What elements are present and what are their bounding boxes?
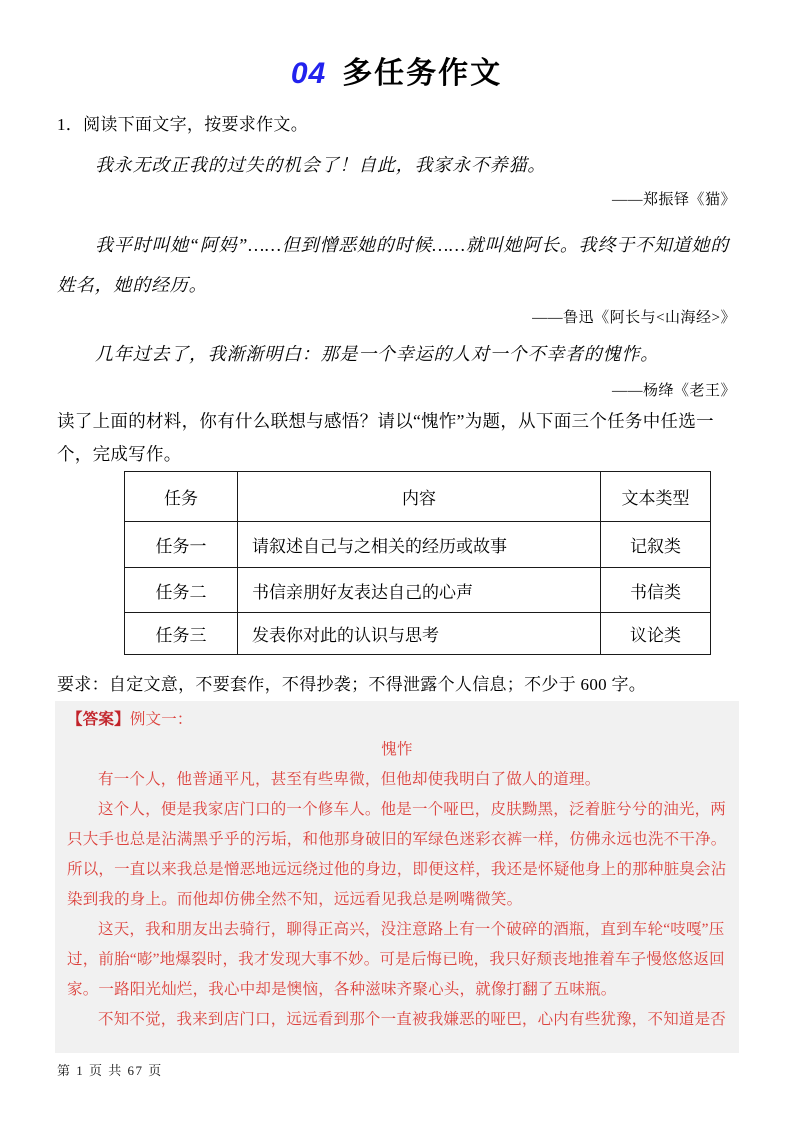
material-quote-3: 几年过去了，我渐渐明白：那是一个幸运的人对一个不幸者的愧怍。: [57, 341, 736, 367]
table-cell-content: 发表你对此的认识与思考: [238, 613, 601, 655]
essay-paragraph: 这天，我和朋友出去骑行，聊得正高兴，没注意路上有一个破碎的酒瓶，直到车轮“吱嘎”…: [67, 915, 727, 1005]
table-cell-type: 书信类: [601, 568, 711, 613]
essay-title: 愧怍: [67, 735, 727, 765]
table-cell-task: 任务二: [125, 568, 238, 613]
document-page: 04多任务作文 1．阅读下面文字，按要求作文。 我永无改正我的过失的机会了！自此…: [0, 0, 793, 1122]
material-quote-2: 我平时叫她“阿妈”……但到憎恶她的时候……就叫她阿长。我终于不知道她的姓名，她的…: [57, 225, 736, 305]
table-cell-content: 书信亲朋好友表达自己的心声: [238, 568, 601, 613]
table-row: 任务一 请叙述自己与之相关的经历或故事 记叙类: [125, 522, 711, 568]
title-text: 多任务作文: [342, 57, 502, 90]
task-table: 任务 内容 文本类型 任务一 请叙述自己与之相关的经历或故事 记叙类 任务二 书…: [124, 471, 711, 655]
table-cell-task: 任务一: [125, 522, 238, 568]
table-header-row: 任务 内容 文本类型: [125, 472, 711, 522]
answer-section: 【答案】例文一： 愧怍 有一个人，他普通平凡，甚至有些卑微，但他却使我明白了做人…: [55, 701, 739, 1053]
answer-label-suffix: 例文一：: [130, 711, 193, 728]
essay-paragraph: 这个人，便是我家店门口的一个修车人。他是一个哑巴，皮肤黝黑，泛着脏兮兮的油光，两…: [67, 795, 727, 915]
material-quote-1: 我永无改正我的过失的机会了！自此，我家永不养猫。: [57, 152, 736, 178]
material-source-2: ——鲁迅《阿长与<山海经>》: [57, 307, 736, 329]
table-cell-content: 请叙述自己与之相关的经历或故事: [238, 522, 601, 568]
page-footer: 第 1 页 共 67 页: [57, 1062, 736, 1080]
table-header-type: 文本类型: [601, 472, 711, 522]
answer-heading: 【答案】例文一：: [67, 705, 727, 735]
table-header-content: 内容: [238, 472, 601, 522]
page-title: 04多任务作文: [57, 54, 736, 94]
material-source-1: ——郑振铎《猫》: [57, 189, 736, 211]
material-source-3: ——杨绛《老王》: [57, 380, 736, 402]
prompt-text: 读了上面的材料，你有什么联想与感悟？请以“愧怍”为题，从下面三个任务中任选一个，…: [57, 405, 736, 471]
table-header-task: 任务: [125, 472, 238, 522]
table-row: 任务三 发表你对此的认识与思考 议论类: [125, 613, 711, 655]
essay-paragraph: 不知不觉，我来到店门口，远远看到那个一直被我嫌恶的哑巴，心内有些犹豫，不知道是否: [67, 1005, 727, 1035]
title-number: 04: [291, 57, 326, 90]
requirements-text: 要求：自定文意，不要套作，不得抄袭；不得泄露个人信息；不少于 600 字。: [57, 672, 736, 698]
table-cell-type: 议论类: [601, 613, 711, 655]
table-row: 任务二 书信亲朋好友表达自己的心声 书信类: [125, 568, 711, 613]
question-intro: 1．阅读下面文字，按要求作文。: [57, 112, 736, 138]
answer-label: 【答案】: [67, 711, 130, 728]
essay-paragraph: 有一个人，他普通平凡，甚至有些卑微，但他却使我明白了做人的道理。: [67, 765, 727, 795]
table-cell-task: 任务三: [125, 613, 238, 655]
table-cell-type: 记叙类: [601, 522, 711, 568]
